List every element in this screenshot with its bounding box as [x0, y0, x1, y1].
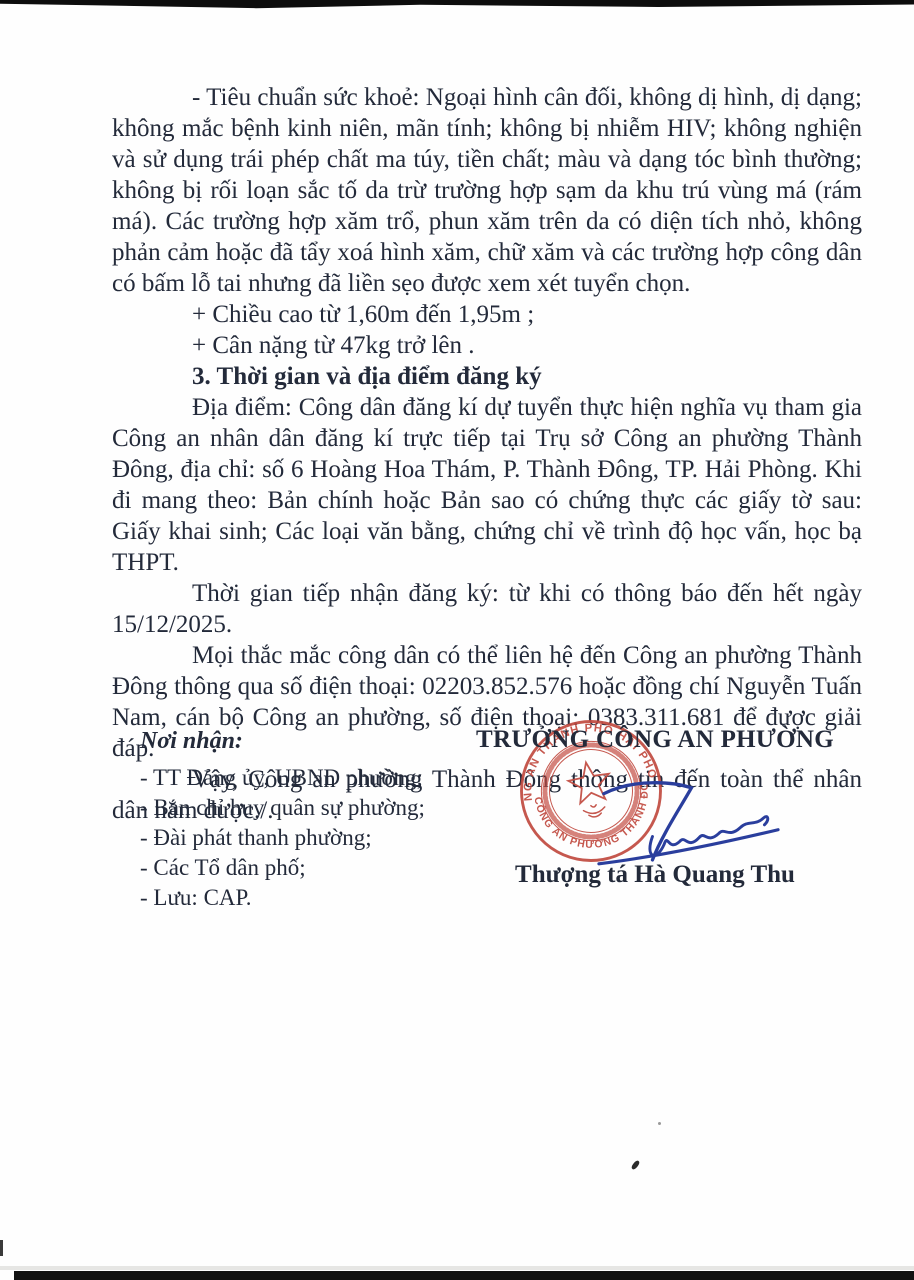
- recipient-item: - TT Đảng ủy, UBND phường;: [140, 763, 470, 793]
- paragraph-deadline: Thời gian tiếp nhận đăng ký: từ khi có t…: [112, 578, 862, 640]
- scan-artifact-dot: [658, 1122, 661, 1125]
- paragraph-location: Địa điểm: Công dân đăng kí dự tuyển thực…: [112, 392, 862, 578]
- signer-position-title: TRƯỞNG CÔNG AN PHƯỜNG: [474, 726, 836, 754]
- paragraph-weight: + Cân nặng từ 47kg trở lên .: [112, 330, 862, 361]
- paragraph-height: + Chiều cao từ 1,60m đến 1,95m ;: [112, 299, 862, 330]
- recipients-block: Nơi nhận: - TT Đảng ủy, UBND phường; - B…: [140, 726, 470, 913]
- paragraph-health-standard: - Tiêu chuẩn sức khoẻ: Ngoại hình cân đố…: [112, 82, 862, 299]
- recipients-heading: Nơi nhận:: [140, 726, 470, 756]
- signature-block: TRƯỞNG CÔNG AN PHƯỜNG CÔNG AN THÀNH PHỐ …: [474, 726, 836, 906]
- scan-artifact-mark: [630, 1160, 640, 1171]
- scan-edge-bottom: [14, 1271, 914, 1280]
- handwritten-signature-icon: [596, 770, 781, 868]
- recipient-item: - Đài phát thanh phường;: [140, 823, 470, 853]
- scan-edge-bottom-smudge: [0, 1266, 914, 1270]
- scan-edge-left-mark: [0, 1240, 3, 1256]
- recipient-item: - Ban chỉ huy quân sự phường;: [140, 793, 470, 823]
- recipient-item: - Lưu: CAP.: [140, 883, 470, 913]
- section-heading-time-place: 3. Thời gian và địa điểm đăng ký: [112, 361, 862, 392]
- scanned-document-page: - Tiêu chuẩn sức khoẻ: Ngoại hình cân đố…: [0, 0, 914, 1280]
- document-body: - Tiêu chuẩn sức khoẻ: Ngoại hình cân đố…: [112, 82, 862, 826]
- scan-edge-top: [0, 0, 914, 10]
- recipient-item: - Các Tổ dân phố;: [140, 853, 470, 883]
